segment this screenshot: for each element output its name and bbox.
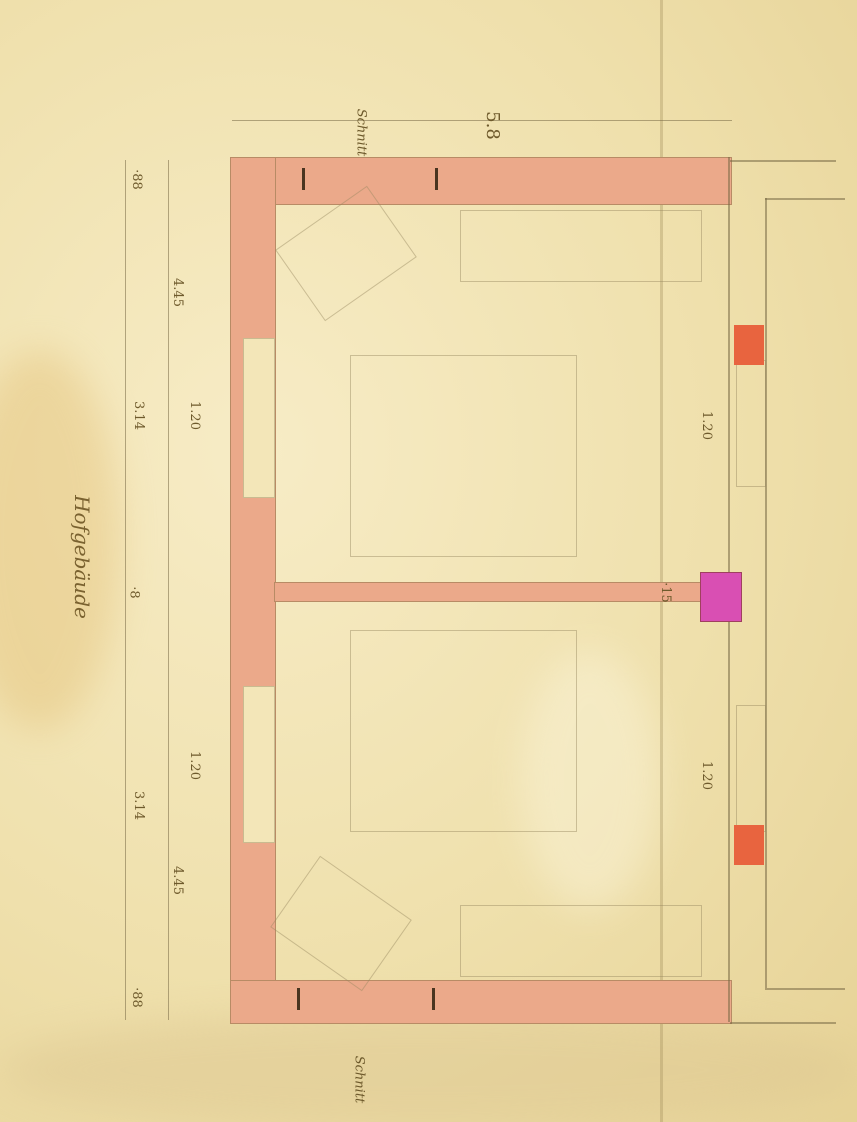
door-mark [302,168,305,190]
door-mark [435,168,438,190]
window-dim-right-upper: 1.20 [699,411,714,440]
wall-left [230,157,276,1024]
dim-left-5: 4.45 [170,866,185,895]
dim-left-2: 3.14 [131,401,146,430]
chimney-upper [734,325,764,365]
window-right-upper [736,360,766,487]
furniture-table-upper [460,210,702,282]
wall-bottom [230,980,732,1024]
furniture-rect-lower [350,630,577,832]
corridor-line [730,160,836,162]
dim-left-6: ·88 [129,987,144,1008]
corridor-inner-line [765,988,845,990]
window-right-lower [736,705,766,832]
drawing-title: Hofgebäude [70,495,94,619]
dimension-top: 5.8 [482,111,503,140]
furniture-bed-upper [275,186,417,322]
paper-stain [0,1010,857,1122]
annotation-bottom: Schnitt [351,1056,366,1104]
window-dim-left-lower: 1.20 [187,751,202,780]
floor-plan-sheet: Hofgebäude 5.8 Schnitt Schnitt ·88 4.45 … [0,0,857,1122]
furniture-bed-lower [270,856,412,992]
dimension-line-left-inner [168,160,169,1020]
annotation-top: Schnitt [353,109,368,157]
corridor-line [730,1022,836,1024]
dim-left-0: ·88 [129,169,144,190]
furniture-table-lower [460,905,702,977]
stove-marker [700,572,742,622]
wall-top [230,157,732,205]
corridor-inner-line [765,198,845,200]
dim-left-1: 4.45 [170,278,185,307]
window-left-lower [243,686,275,843]
dim-left-4: 3.14 [131,791,146,820]
window-dim-left-upper: 1.20 [187,401,202,430]
corridor-inner-line [765,198,767,988]
window-left-upper [243,338,275,498]
dim-left-3: ·8 [127,586,142,598]
paper-stain [0,350,120,730]
partition-dim: ·15 [658,582,673,603]
chimney-lower [734,825,764,865]
furniture-rect-upper [350,355,577,557]
door-mark [297,988,300,1010]
partition-wall [274,582,701,602]
door-mark [432,988,435,1010]
window-dim-right-lower: 1.20 [699,761,714,790]
